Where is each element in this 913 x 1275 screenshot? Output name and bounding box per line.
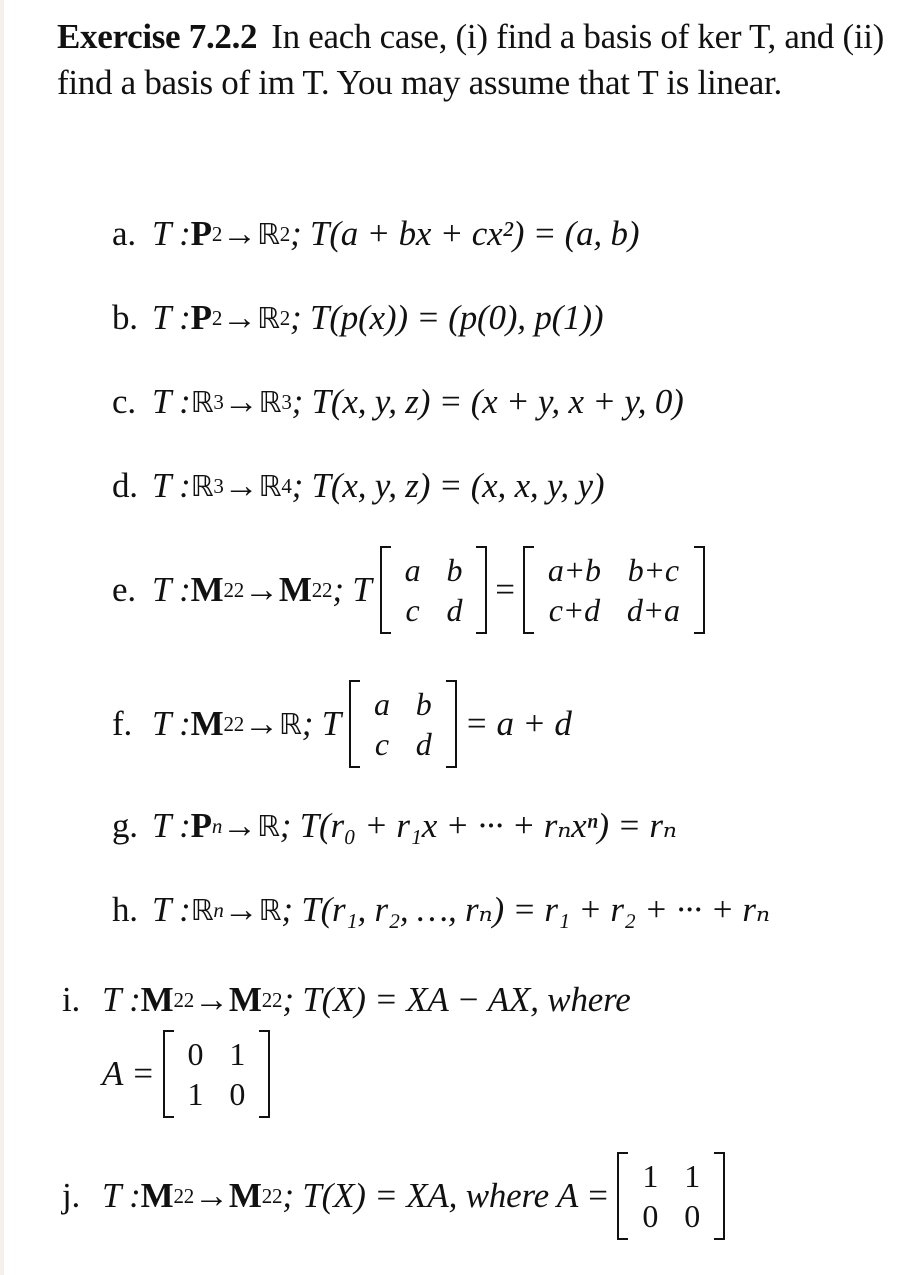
- matrix-a-label: A =: [102, 1054, 155, 1094]
- input-matrix: a b c d: [349, 680, 457, 768]
- item-b: b. T : P2 → ℝ2 ; T(p(x)) = (p(0), p(1)): [112, 298, 603, 338]
- input-matrix: a b c d: [380, 546, 488, 634]
- matrix-cell: 1: [684, 1156, 700, 1196]
- map-prefix: T :: [102, 1176, 141, 1216]
- map-prefix: T :: [152, 806, 191, 846]
- arrow: →: [244, 570, 279, 610]
- codomain: ℝ: [259, 469, 282, 503]
- matrix-cell: d: [446, 590, 462, 630]
- domain: M: [141, 1176, 174, 1216]
- item-label: j.: [62, 1176, 102, 1216]
- arrow: →: [194, 980, 229, 1020]
- item-h: h. T : ℝn → ℝ ; T(r₁, r₂, …, rₙ) = r₁ + …: [112, 890, 770, 930]
- matrix-a: 1 1 0 0: [617, 1152, 725, 1240]
- exercise-label: Exercise 7.2.2: [57, 17, 257, 56]
- codomain: M: [229, 1176, 262, 1216]
- codomain: ℝ: [257, 301, 280, 335]
- matrix-cell: 1: [188, 1074, 204, 1114]
- arrow: →: [224, 890, 259, 930]
- matrix-cell: 1: [642, 1156, 658, 1196]
- arrow: →: [222, 806, 257, 846]
- map-prefix: T :: [102, 980, 141, 1020]
- map-prefix: T :: [152, 570, 191, 610]
- item-d: d. T : ℝ3 → ℝ4 ; T(x, y, z) = (x, x, y, …: [112, 466, 604, 506]
- item-g: g. T : Pn → ℝ ; T(r₀ + r₁x + ··· + rₙxⁿ)…: [112, 806, 677, 846]
- domain: P: [191, 214, 212, 254]
- arrow: →: [222, 214, 257, 254]
- item-label: b.: [112, 298, 152, 338]
- item-j: j. T : M22 → M22 ; T(X) = XA, where A = …: [62, 1152, 733, 1240]
- map-prefix: T :: [152, 382, 191, 422]
- matrix-cell: 1: [229, 1034, 245, 1074]
- item-i-matrix-def: A = 0 1 1 0: [102, 1030, 278, 1118]
- domain: M: [141, 980, 174, 1020]
- matrix-cell: 0: [642, 1196, 658, 1236]
- domain: ℝ: [191, 469, 214, 503]
- rule: ; T(r₀ + r₁x + ··· + rₙxⁿ) = rₙ: [280, 806, 677, 846]
- domain: ℝ: [191, 385, 214, 419]
- matrix-cell: c: [405, 590, 421, 630]
- rule: ; T(X) = XA, where A =: [282, 1176, 609, 1216]
- matrix-cell: b: [446, 550, 462, 590]
- codomain: ℝ: [257, 217, 280, 251]
- rule: ; T(x, y, z) = (x, x, y, y): [292, 466, 605, 506]
- item-e: e. T : M22 → M22 ; T a b c d = a+b b+c c…: [112, 546, 713, 634]
- equals: =: [495, 570, 515, 610]
- map-prefix: T :: [152, 214, 191, 254]
- codomain: ℝ: [279, 707, 302, 741]
- domain: P: [191, 806, 212, 846]
- map-prefix: T :: [152, 466, 191, 506]
- rule: ; T(a + bx + cx²) = (a, b): [290, 214, 639, 254]
- domain: ℝ: [191, 893, 214, 927]
- arrow: →: [222, 298, 257, 338]
- item-label: i.: [62, 980, 102, 1020]
- matrix-cell: 0: [229, 1074, 245, 1114]
- map-prefix: T :: [152, 704, 191, 744]
- rule: ; T: [332, 570, 371, 610]
- matrix-cell: 0: [188, 1034, 204, 1074]
- rule: ; T(X) = XA − AX, where: [282, 980, 630, 1020]
- item-label: f.: [112, 704, 152, 744]
- matrix-cell: 0: [684, 1196, 700, 1236]
- item-f: f. T : M22 → ℝ ; T a b c d = a + d: [112, 680, 572, 768]
- map-prefix: T :: [152, 890, 191, 930]
- item-label: d.: [112, 466, 152, 506]
- rule: ; T(x, y, z) = (x + y, x + y, 0): [292, 382, 684, 422]
- matrix-cell: d: [416, 724, 432, 764]
- arrow: →: [244, 704, 279, 744]
- item-label: c.: [112, 382, 152, 422]
- matrix-cell: c+d: [548, 590, 601, 630]
- domain: P: [191, 298, 212, 338]
- codomain: ℝ: [259, 385, 282, 419]
- codomain: ℝ: [259, 893, 282, 927]
- matrix-cell: a: [405, 550, 421, 590]
- domain: M: [191, 570, 224, 610]
- codomain: M: [279, 570, 312, 610]
- matrix-cell: d+a: [627, 590, 680, 630]
- codomain: M: [229, 980, 262, 1020]
- matrix-cell: c: [374, 724, 390, 764]
- arrow: →: [224, 382, 259, 422]
- matrix-cell: a+b: [548, 550, 601, 590]
- item-c: c. T : ℝ3 → ℝ3 ; T(x, y, z) = (x + y, x …: [112, 382, 684, 422]
- item-i: i. T : M22 → M22 ; T(X) = XA − AX, where: [62, 980, 631, 1020]
- item-label: g.: [112, 806, 152, 846]
- arrow: →: [224, 466, 259, 506]
- map-prefix: T :: [152, 298, 191, 338]
- codomain: ℝ: [257, 809, 280, 843]
- item-label: h.: [112, 890, 152, 930]
- domain: M: [191, 704, 224, 744]
- rule: ; T: [302, 704, 341, 744]
- output-matrix: a+b b+c c+d d+a: [523, 546, 705, 634]
- page-edge: [0, 0, 4, 1275]
- exercise-statement: Exercise 7.2.2In each case, (i) find a b…: [57, 14, 897, 106]
- item-a: a. T : P2 → ℝ2 ; T(a + bx + cx²) = (a, b…: [112, 214, 639, 254]
- rule: ; T(p(x)) = (p(0), p(1)): [290, 298, 603, 338]
- rule: ; T(r₁, r₂, …, rₙ) = r₁ + r₂ + ··· + rₙ: [281, 890, 770, 930]
- result: = a + d: [465, 704, 572, 744]
- matrix-cell: b+c: [627, 550, 680, 590]
- matrix-a: 0 1 1 0: [163, 1030, 271, 1118]
- item-label: e.: [112, 570, 152, 610]
- matrix-cell: a: [374, 684, 390, 724]
- item-label: a.: [112, 214, 152, 254]
- arrow: →: [194, 1176, 229, 1216]
- matrix-cell: b: [416, 684, 432, 724]
